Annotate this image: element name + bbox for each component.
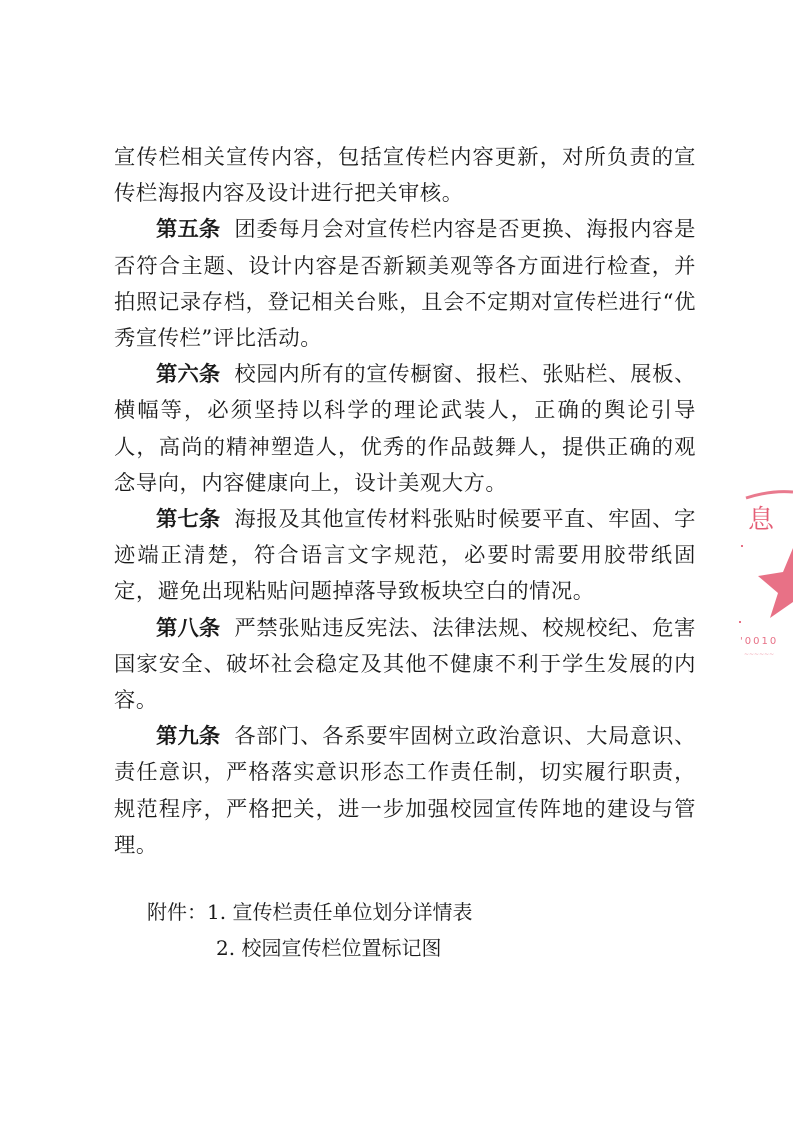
article-6: 第六条校园内所有的宣传橱窗、报栏、张贴栏、展板、横幅等，必须坚持以科学的理论武装… (114, 357, 696, 502)
article-label: 第九条 (156, 724, 220, 749)
attachment-title: 1. 宣传栏责任单位划分详情表 (207, 900, 472, 924)
official-seal-stamp: 息 '0010 ~~~~~~ (736, 490, 793, 670)
attachment-item: 附件：1. 宣传栏责任单位划分详情表 (147, 894, 472, 930)
star-icon (758, 548, 793, 618)
article-label: 第六条 (156, 362, 220, 387)
document-body: 宣传栏相关宣传内容，包括宣传栏内容更新，对所负责的宣传栏海报内容及设计进行把关审… (114, 140, 696, 864)
article-label: 第八条 (156, 616, 220, 641)
document-page: 宣传栏相关宣传内容，包括宣传栏内容更新，对所负责的宣传栏海报内容及设计进行把关审… (0, 0, 793, 1122)
paragraph-text: 宣传栏相关宣传内容，包括宣传栏内容更新，对所负责的宣传栏海报内容及设计进行把关审… (114, 145, 696, 206)
article-5: 第五条团委每月会对宣传栏内容是否更换、海报内容是否符合主题、设计内容是否新颖美观… (114, 212, 696, 357)
article-8: 第八条严禁张贴违反宪法、法律法规、校规校纪、危害国家安全、破坏社会稳定及其他不健… (114, 611, 696, 720)
article-9: 第九条各部门、各系要牢固树立政治意识、大局意识、责任意识，严格落实意识形态工作责… (114, 719, 696, 864)
article-7: 第七条海报及其他宣传材料张贴时候要平直、牢固、字迹端正清楚，符合语言文字规范，必… (114, 502, 696, 611)
article-label: 第五条 (156, 217, 220, 242)
attachment-item: 2. 校园宣传栏位置标记图 (147, 930, 472, 966)
article-label: 第七条 (156, 507, 220, 532)
svg-text:~~~~~~: ~~~~~~ (744, 651, 774, 658)
seal-char: 息 (748, 505, 775, 535)
paragraph-continuation: 宣传栏相关宣传内容，包括宣传栏内容更新，对所负责的宣传栏海报内容及设计进行把关审… (114, 140, 696, 212)
seal-digits: '0010 (740, 636, 778, 647)
attachments-list: 附件：1. 宣传栏责任单位划分详情表 2. 校园宣传栏位置标记图 (147, 894, 472, 966)
attachment-title: 2. 校园宣传栏位置标记图 (216, 936, 441, 960)
attachments-label: 附件： (147, 900, 207, 924)
